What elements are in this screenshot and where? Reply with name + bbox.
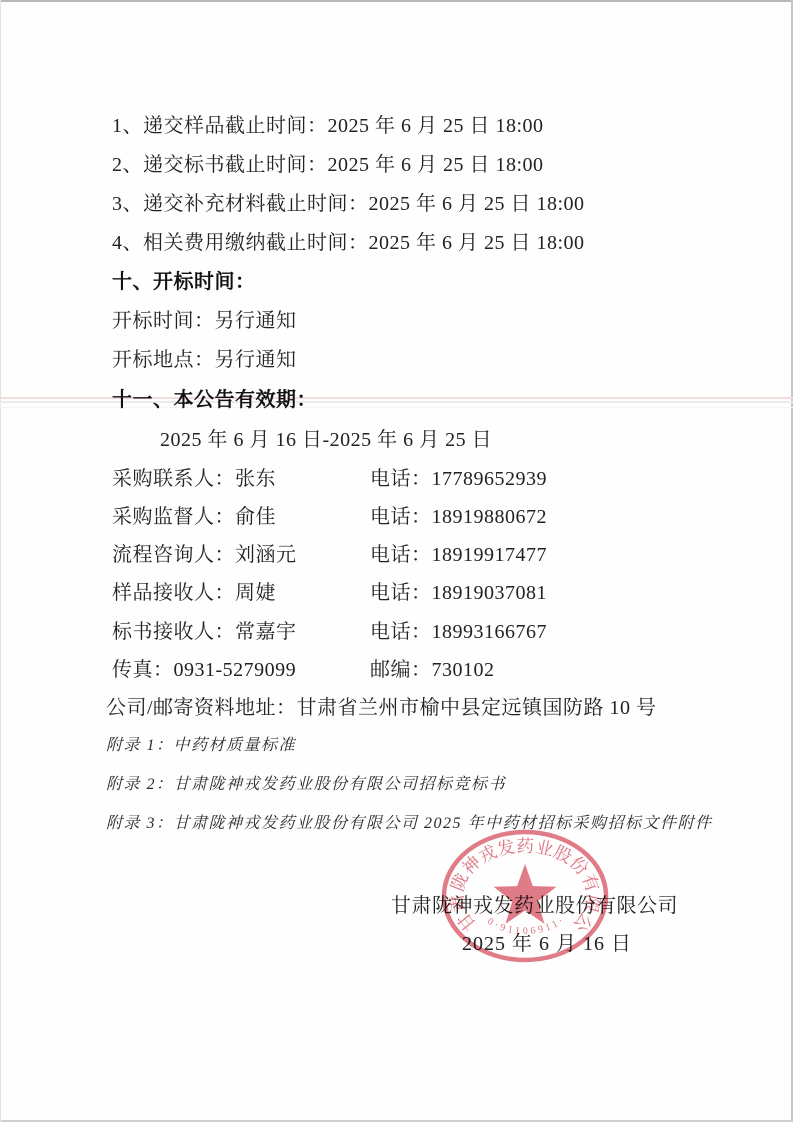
contact-row: 标书接收人：常嘉宇电话：18993166767	[112, 615, 547, 644]
deadline-item: 3、递交补充材料截止时间：2025 年 6 月 25 日 18:00	[112, 187, 585, 216]
bid-opening-time: 开标时间：另行通知	[112, 304, 297, 333]
contact-phone: 电话：18993166767	[370, 621, 547, 643]
seal-code-text: 0·91106911·	[485, 914, 568, 937]
mailing-address: 公司/邮寄资料地址：甘肃省兰州市榆中县定远镇国防路 10 号	[106, 691, 657, 720]
contact-row: 采购联系人：张东电话：17789652939	[112, 462, 547, 491]
contact-label: 标书接收人：常嘉宇	[112, 615, 370, 644]
contact-label: 样品接收人：周婕	[112, 576, 370, 605]
fax-label: 传真：0931-5279099	[112, 653, 370, 682]
svg-text:0·91106911·: 0·91106911·	[485, 914, 568, 937]
deadline-item: 1、递交样品截止时间：2025 年 6 月 25 日 18:00	[112, 109, 544, 138]
contact-phone: 电话：17789652939	[370, 468, 547, 490]
contact-phone: 电话：18919880672	[370, 506, 547, 528]
postcode-label: 邮编：730102	[370, 659, 495, 681]
section-heading-bid-opening: 十、开标时间：	[112, 265, 256, 294]
scanned-document-page: 1、递交样品截止时间：2025 年 6 月 25 日 18:00 2、递交标书截…	[0, 0, 793, 1122]
seal-star-icon	[494, 864, 557, 924]
page-edge-top	[0, 0, 793, 2]
deadline-item: 4、相关费用缴纳截止时间：2025 年 6 月 25 日 18:00	[112, 226, 585, 255]
page-edge-left	[0, 0, 1, 1122]
appendix-item: 附录 3：甘肃陇神戎发药业股份有限公司 2025 年中药材招标采购招标文件附件	[106, 810, 713, 833]
contact-row: 采购监督人：俞佳电话：18919880672	[112, 500, 547, 529]
deadline-item: 2、递交标书截止时间：2025 年 6 月 25 日 18:00	[112, 148, 544, 177]
contact-phone: 电话：18919037081	[370, 582, 547, 604]
appendix-item: 附录 2：甘肃陇神戎发药业股份有限公司招标竞标书	[106, 771, 506, 794]
company-seal: 甘肃陇神戎发药业股份有限公司 0·91106911·	[432, 812, 618, 980]
section-heading-validity: 十一、本公告有效期：	[112, 383, 317, 412]
bid-opening-place: 开标地点：另行通知	[112, 343, 297, 372]
contact-row: 流程咨询人：刘涵元电话：18919917477	[112, 538, 547, 567]
contact-label: 流程咨询人：刘涵元	[112, 538, 370, 567]
contact-row: 样品接收人：周婕电话：18919037081	[112, 576, 547, 605]
contact-label: 采购联系人：张东	[112, 462, 370, 491]
contact-phone: 电话：18919917477	[370, 544, 547, 566]
appendix-item: 附录 1：中药材质量标准	[106, 732, 296, 755]
contact-row: 传真：0931-5279099邮编：730102	[112, 653, 495, 682]
contact-label: 采购监督人：俞佳	[112, 500, 370, 529]
validity-period: 2025 年 6 月 16 日-2025 年 6 月 25 日	[160, 423, 492, 452]
